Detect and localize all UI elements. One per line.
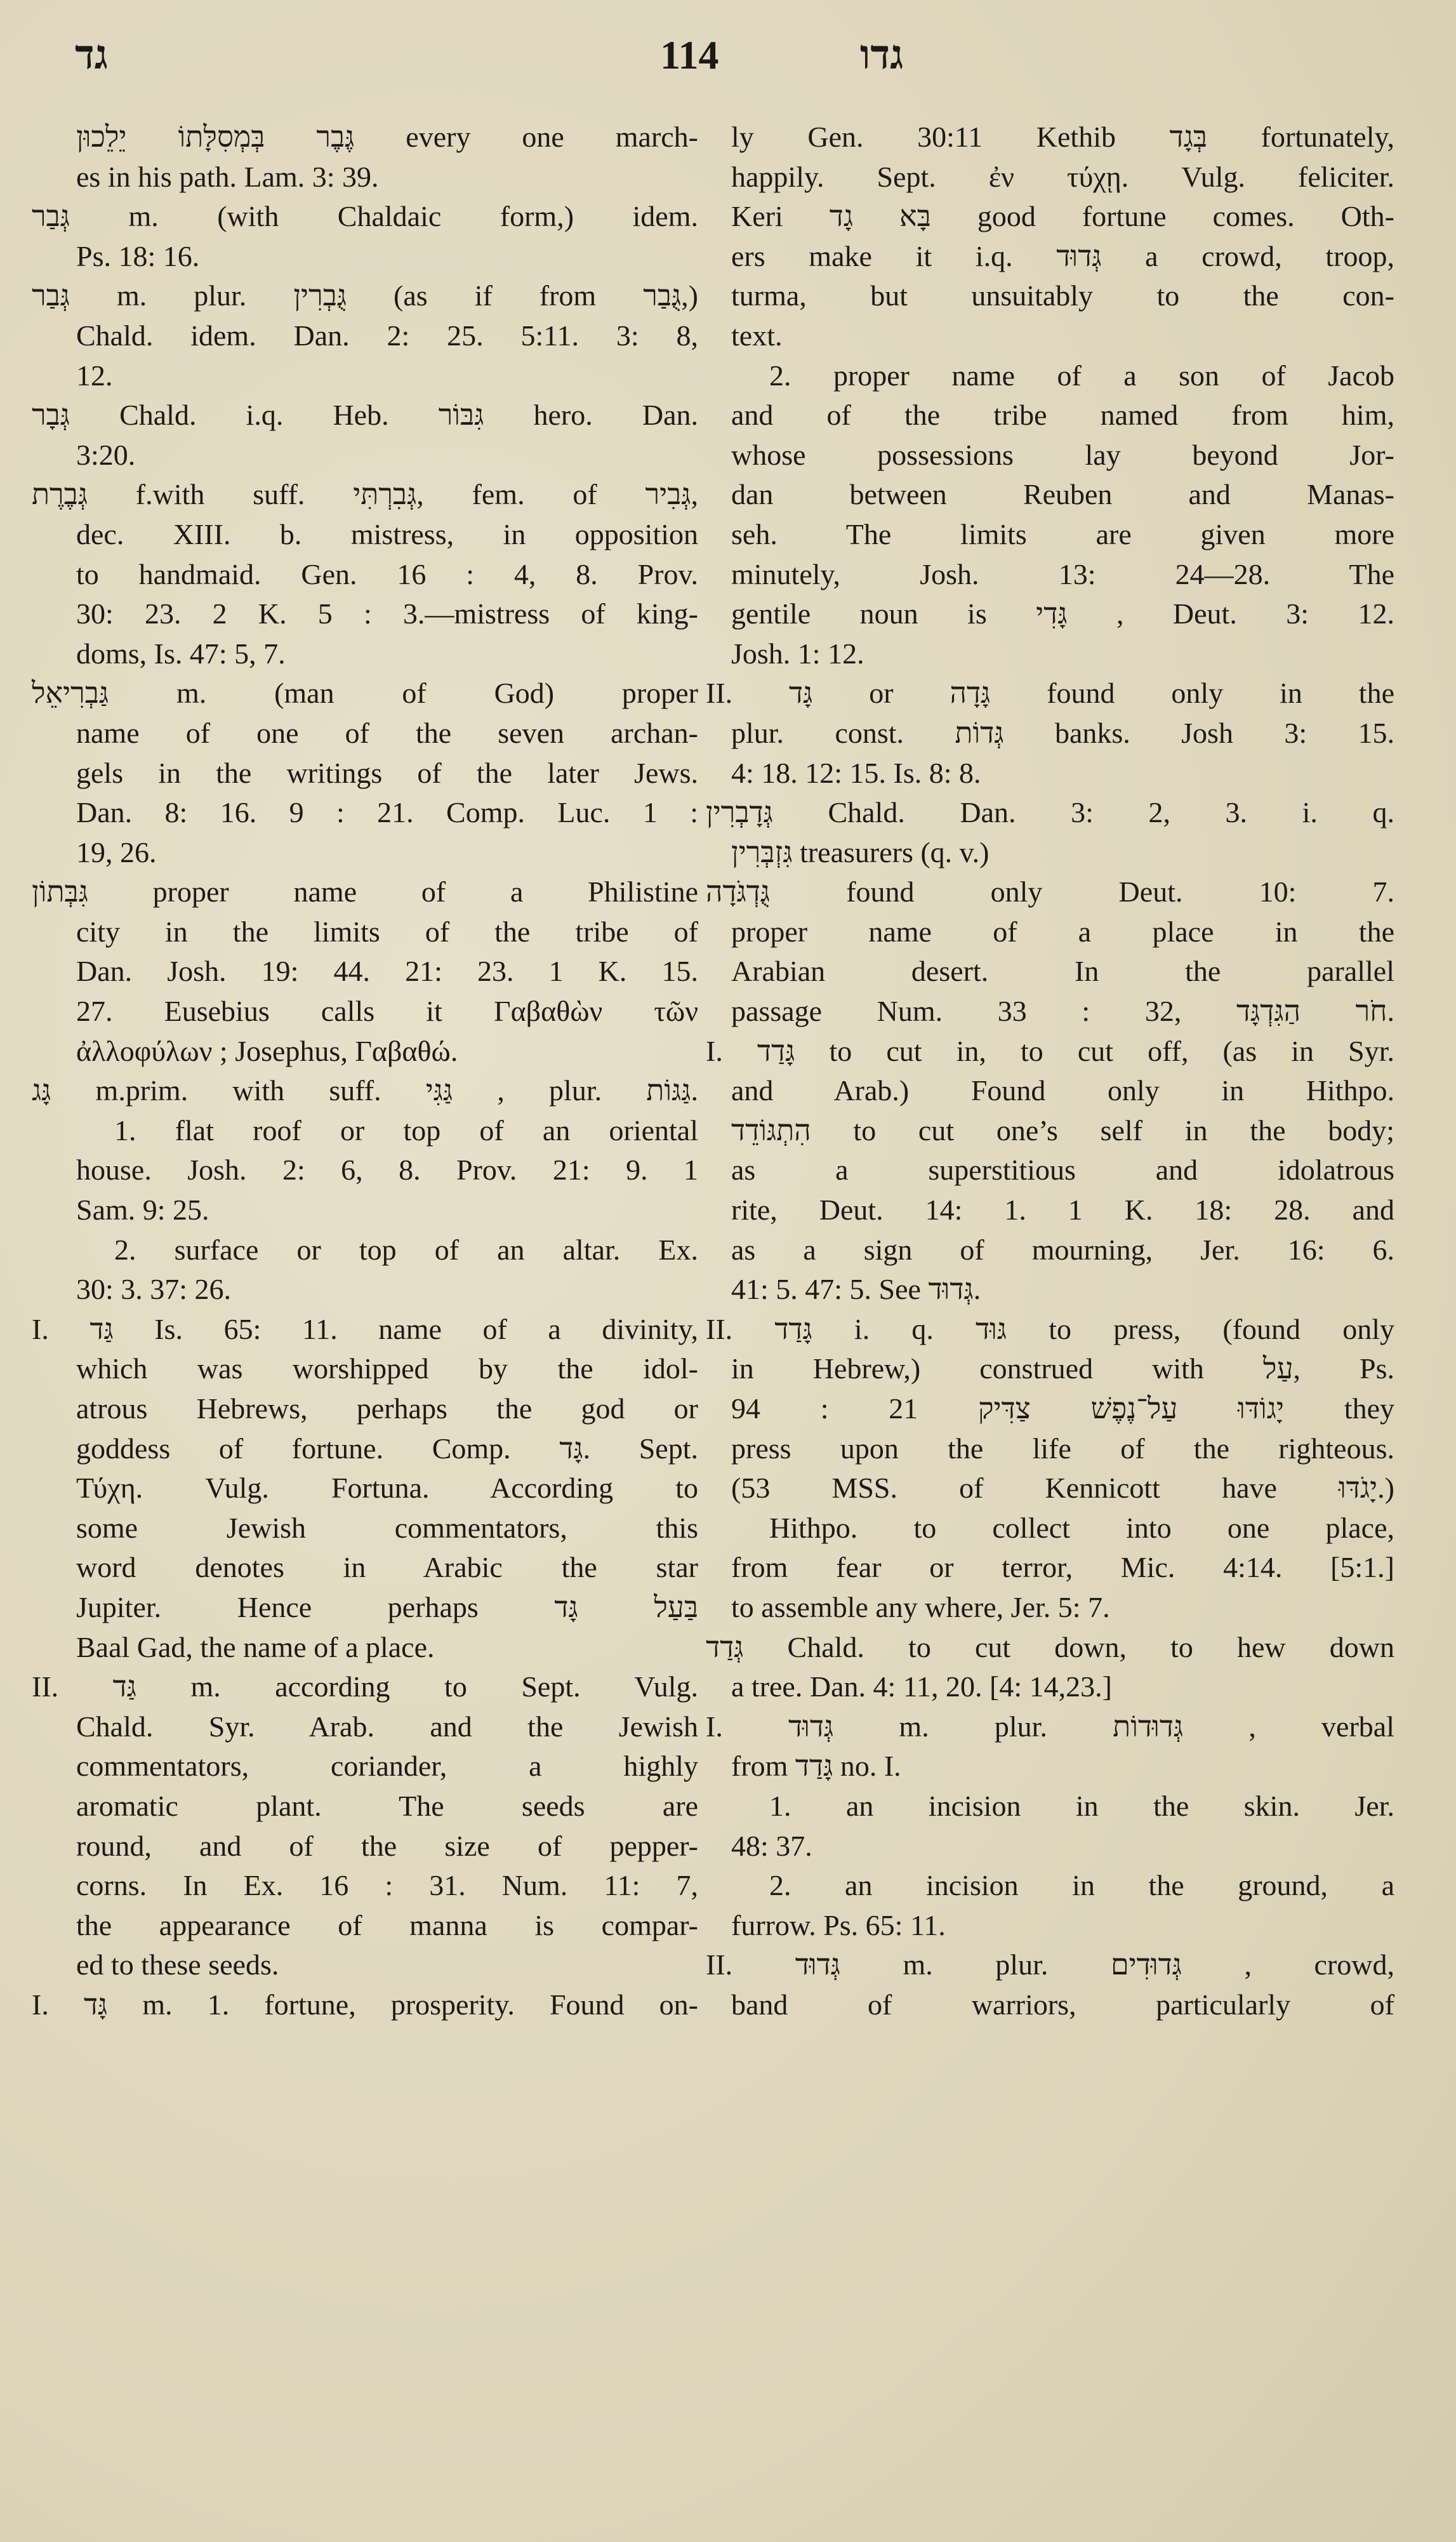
- text-line: 1. an incision in the skin. Jer.: [706, 1787, 1394, 1827]
- text-line: Josh. 1: 12.: [706, 634, 1394, 674]
- text-line: Chald. Syr. Arab. and the Jewish: [32, 1707, 698, 1747]
- text-line: 94 : 21 יָגוֹדּוּ עַל־נֶפֶשׁ צַדִּיק the…: [706, 1389, 1394, 1429]
- text-line: es in his path. Lam. 3: 39.: [32, 157, 698, 197]
- text-line: from fear or terror, Mic. 4:14. [5:1.]: [706, 1548, 1394, 1588]
- text-line: Ps. 18: 16.: [32, 237, 698, 277]
- text-line: passage Num. 33 : 32, חֹר הַגִּדְגָּד.: [706, 992, 1394, 1032]
- text-line: a tree. Dan. 4: 11, 20. [4: 14,23.]: [706, 1667, 1394, 1707]
- text-line: גֻּדְגֹּדָה found only Deut. 10: 7.: [706, 872, 1394, 912]
- text-line: גֶּבֶר בְּמְסִלָּתוֹ יֵלֵכוּן every one …: [32, 117, 698, 157]
- text-line: 30: 3. 37: 26.: [32, 1270, 698, 1310]
- text-line: גָּג m.prim. with suff. גַּגִּי , plur. …: [32, 1071, 698, 1111]
- text-line: גְּדָבְרִין Chald. Dan. 3: 2, 3. i. q.: [706, 793, 1394, 833]
- text-line: goddess of fortune. Comp. גָּד. Sept.: [32, 1429, 698, 1469]
- text-line: proper name of a place in the: [706, 912, 1394, 952]
- text-line: I. גָּדַד to cut in, to cut off, (as in …: [706, 1032, 1394, 1072]
- dictionary-page: גד 114 גדו גֶּבֶר בְּמְסִלָּתוֹ יֵלֵכוּן…: [0, 0, 1456, 2542]
- text-line: happily. Sept. ἐν τύχῃ. Vulg. feliciter.: [706, 157, 1394, 197]
- text-line: some Jewish commentators, this: [32, 1508, 698, 1548]
- text-line: I. גָּד m. 1. fortune, prosperity. Found…: [32, 1985, 698, 2025]
- text-line: doms, Is. 47: 5, 7.: [32, 634, 698, 674]
- text-line: gels in the writings of the later Jews.: [32, 754, 698, 794]
- text-line: Arabian desert. In the parallel: [706, 952, 1394, 992]
- text-line: 3:20.: [32, 436, 698, 476]
- left-guide-word: גד: [75, 33, 108, 77]
- text-line: I. גַּד Is. 65: 11. name of a divinity,: [32, 1310, 698, 1350]
- text-line: גְּבַר m. plur. גֻּבְרִין (as if from גֻ…: [32, 276, 698, 316]
- text-line: Hithpo. to collect into one place,: [706, 1508, 1394, 1548]
- text-line: Τύχη. Vulg. Fortuna. According to: [32, 1468, 698, 1508]
- text-line: the appearance of manna is compar-: [32, 1906, 698, 1946]
- text-line: furrow. Ps. 65: 11.: [706, 1906, 1394, 1946]
- text-line: and of the tribe named from him,: [706, 396, 1394, 436]
- text-line: as a sign of mourning, Jer. 16: 6.: [706, 1230, 1394, 1270]
- text-line: Dan. Josh. 19: 44. 21: 23. 1 K. 15.: [32, 952, 698, 992]
- text-line: Baal Gad, the name of a place.: [32, 1628, 698, 1668]
- text-line: גְּבֶרֶת f.with suff. גְּבִרְתִּי, fem. …: [32, 475, 698, 515]
- text-line: 2. an incision in the ground, a: [706, 1866, 1394, 1906]
- text-line: 1. flat roof or top of an oriental: [32, 1111, 698, 1151]
- text-line: from גָּדַד no. I.: [706, 1747, 1394, 1787]
- text-line: press upon the life of the righteous.: [706, 1429, 1394, 1469]
- text-line: as a superstitious and idolatrous: [706, 1150, 1394, 1190]
- text-line: גְּבָר Chald. i.q. Heb. גִּבּוֹר hero. D…: [32, 396, 698, 436]
- text-line: whose possessions lay beyond Jor-: [706, 436, 1394, 476]
- left-column: גֶּבֶר בְּמְסִלָּתוֹ יֵלֵכוּן every one …: [32, 117, 698, 2025]
- text-line: Dan. 8: 16. 9 : 21. Comp. Luc. 1 :: [32, 793, 698, 833]
- text-line: city in the limits of the tribe of: [32, 912, 698, 952]
- text-line: round, and of the size of pepper-: [32, 1827, 698, 1867]
- text-line: גִּבְּתוֹן proper name of a Philistine: [32, 872, 698, 912]
- text-line: הִתְגּוֹדֵד to cut one’s self in the bod…: [706, 1111, 1394, 1151]
- text-line: Keri בָּא גָד good fortune comes. Oth-: [706, 197, 1394, 237]
- text-line: dec. XIII. b. mistress, in opposition: [32, 515, 698, 555]
- text-line: 48: 37.: [706, 1827, 1394, 1867]
- text-line: II. גָּד or גָּדָה found only in the: [706, 674, 1394, 714]
- text-line: to handmaid. Gen. 16 : 4, 8. Prov.: [32, 555, 698, 595]
- text-line: II. גַּד m. according to Sept. Vulg.: [32, 1667, 698, 1707]
- text-line: rite, Deut. 14: 1. 1 K. 18: 28. and: [706, 1190, 1394, 1230]
- text-line: ers make it i.q. גְּדוּד a crowd, troop,: [706, 237, 1394, 277]
- text-line: ἀλλοφύλων ; Josephus, Γαβαθώ.: [32, 1032, 698, 1072]
- text-line: 30: 23. 2 K. 5 : 3.—mistress of king-: [32, 594, 698, 634]
- text-line: 2. surface or top of an altar. Ex.: [32, 1230, 698, 1270]
- text-line: text.: [706, 316, 1394, 356]
- text-line: ed to these seeds.: [32, 1945, 698, 1985]
- text-line: גְּדַד Chald. to cut down, to hew down: [706, 1628, 1394, 1668]
- text-line: and Arab.) Found only in Hithpo.: [706, 1071, 1394, 1111]
- text-line: 12.: [32, 356, 698, 396]
- text-line: II. גָּדַד i. q. גּוּד to press, (found …: [706, 1310, 1394, 1350]
- text-line: commentators, coriander, a highly: [32, 1747, 698, 1787]
- text-line: גִּזְבְּרִין treasurers (q. v.): [706, 833, 1394, 873]
- text-line: 27. Eusebius calls it Γαβαθὼν τῶν: [32, 992, 698, 1032]
- text-line: aromatic plant. The seeds are: [32, 1787, 698, 1827]
- text-line: plur. const. גְּדוֹת banks. Josh 3: 15.: [706, 714, 1394, 754]
- text-line: name of one of the seven archan-: [32, 714, 698, 754]
- text-line: גַּבְרִיאֵל m. (man of God) proper: [32, 674, 698, 714]
- text-line: Sam. 9: 25.: [32, 1190, 698, 1230]
- text-line: to assemble any where, Jer. 5: 7.: [706, 1588, 1394, 1628]
- text-line: minutely, Josh. 13: 24—28. The: [706, 555, 1394, 595]
- text-line: band of warriors, particularly of: [706, 1985, 1394, 2025]
- text-line: II. גְּדוּד m. plur. גְּדוּדִים , crowd,: [706, 1945, 1394, 1985]
- text-line: Jupiter. Hence perhaps בַּעַל גָּד: [32, 1588, 698, 1628]
- right-column: ly Gen. 30:11 Kethib בְּגָד fortunately,…: [706, 117, 1394, 2025]
- text-line: dan between Reuben and Manas-: [706, 475, 1394, 515]
- text-line: in Hebrew,) construed with עַל, Ps.: [706, 1349, 1394, 1389]
- text-line: word denotes in Arabic the star: [32, 1548, 698, 1588]
- text-line: ly Gen. 30:11 Kethib בְּגָד fortunately,: [706, 117, 1394, 157]
- text-line: (53 MSS. of Kennicott have יָגֹדּוּ.): [706, 1468, 1394, 1508]
- text-line: 19, 26.: [32, 833, 698, 873]
- page-number: 114: [660, 33, 718, 77]
- text-line: turma, but unsuitably to the con-: [706, 276, 1394, 316]
- text-line: house. Josh. 2: 6, 8. Prov. 21: 9. 1: [32, 1150, 698, 1190]
- text-line: Chald. idem. Dan. 2: 25. 5:11. 3: 8,: [32, 316, 698, 356]
- text-line: which was worshipped by the idol-: [32, 1349, 698, 1389]
- text-line: 4: 18. 12: 15. Is. 8: 8.: [706, 754, 1394, 794]
- running-header: גד 114 גדו: [0, 33, 1456, 77]
- text-line: גְּבַר m. (with Chaldaic form,) idem.: [32, 197, 698, 237]
- text-line: atrous Hebrews, perhaps the god or: [32, 1389, 698, 1429]
- text-line: 41: 5. 47: 5. See גְּדוּד.: [706, 1270, 1394, 1310]
- text-line: 2. proper name of a son of Jacob: [706, 356, 1394, 396]
- text-line: gentile noun is גָּדִי , Deut. 3: 12.: [706, 594, 1394, 634]
- text-line: corns. In Ex. 16 : 31. Num. 11: 7,: [32, 1866, 698, 1906]
- right-guide-word: גדו: [860, 33, 903, 77]
- text-line: seh. The limits are given more: [706, 515, 1394, 555]
- text-line: I. גְּדוּד m. plur. גְּדוּדוֹת , verbal: [706, 1707, 1394, 1747]
